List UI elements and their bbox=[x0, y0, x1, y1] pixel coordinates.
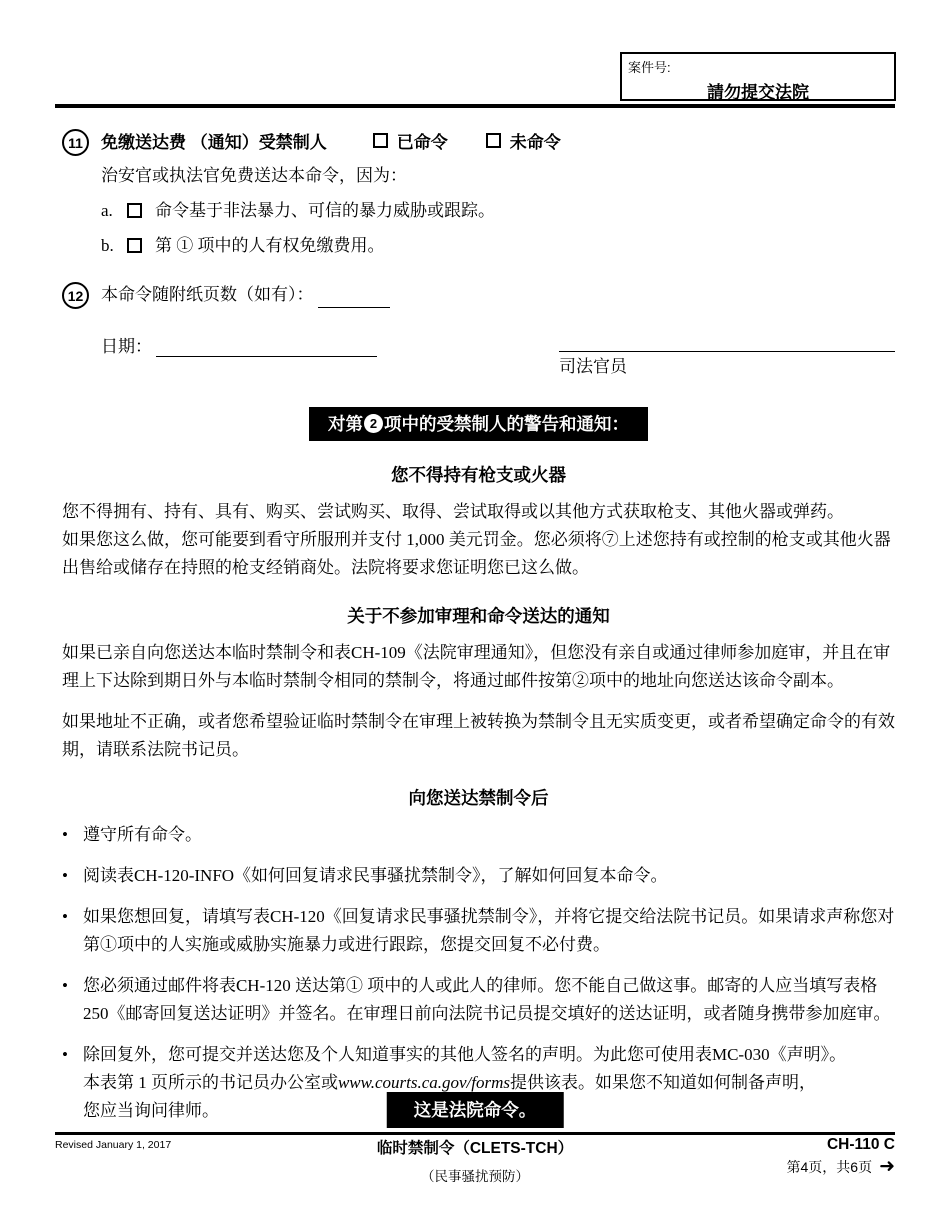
bullet-icon: • bbox=[62, 862, 68, 890]
not-ordered-label: 未命令 bbox=[510, 128, 561, 153]
item-11b-text: 第 ① 项中的人有权免缴费用。 bbox=[155, 233, 385, 259]
court-order-banner: 这是法院命令。 bbox=[387, 1092, 564, 1128]
bullet-icon: • bbox=[62, 972, 68, 1028]
form-title: 临时禁制令（CLETS-TCH） bbox=[377, 1136, 573, 1158]
after-service-list: • 遵守所有命令。 • 阅读表CH-120-INFO《如何回复请求民事骚扰禁制令… bbox=[62, 821, 895, 1125]
ordered-checkbox[interactable] bbox=[373, 133, 388, 148]
form-subtitle: （民事骚扰预防） bbox=[377, 1165, 573, 1185]
footer-divider bbox=[55, 1132, 895, 1135]
date-field[interactable] bbox=[156, 338, 377, 357]
not-ordered-checkbox[interactable] bbox=[486, 133, 501, 148]
bullet-1-text: 遵守所有命令。 bbox=[83, 821, 202, 849]
item-12-number: 12 bbox=[62, 282, 89, 309]
item-11a-text: 命令基于非法暴力、可信的暴力威胁或跟踪。 bbox=[155, 198, 495, 224]
list-item: • 阅读表CH-120-INFO《如何回复请求民事骚扰禁制令》，了解如何回复本命… bbox=[62, 862, 895, 890]
item-11-title: 免缴送达费 （通知）受禁制人 bbox=[101, 128, 327, 153]
after-service-heading: 向您送达禁制令后 bbox=[62, 785, 895, 810]
header-divider bbox=[55, 104, 895, 108]
firearms-heading: 您不得持有枪支或火器 bbox=[62, 462, 895, 487]
firearms-paragraph: 您不得拥有、持有、具有、购买、尝试购买、取得、尝试取得或以其他方式获取枪支、其他… bbox=[62, 498, 895, 582]
hearing-heading: 关于不参加审理和命令送达的通知 bbox=[62, 603, 895, 628]
circled-2-icon: 2 bbox=[364, 414, 383, 433]
bullet-2-text: 阅读表CH-120-INFO《如何回复请求民事骚扰禁制令》，了解如何回复本命令。 bbox=[83, 862, 668, 890]
attachment-pages-field[interactable] bbox=[318, 289, 390, 308]
item-11: 11 免缴送达费 （通知）受禁制人 已命令 未命令 治安官或执法官免费送达本命令… bbox=[62, 128, 895, 259]
revision-date: Revised January 1, 2017 bbox=[55, 1136, 377, 1151]
form-number: CH-110 C bbox=[573, 1136, 895, 1154]
list-item: • 遵守所有命令。 bbox=[62, 821, 895, 849]
courts-forms-url: www.courts.ca.gov/forms bbox=[338, 1073, 510, 1092]
page-indicator: 第4页，共6页 bbox=[787, 1157, 873, 1177]
form-content: 11 免缴送达费 （通知）受禁制人 已命令 未命令 治安官或执法官免费送达本命令… bbox=[62, 128, 895, 1138]
bullet-icon: • bbox=[62, 903, 68, 959]
item-11-number: 11 bbox=[62, 129, 89, 156]
bullet-icon: • bbox=[62, 821, 68, 849]
item-11-intro: 治安官或执法官免费送达本命令，因为： bbox=[101, 163, 895, 189]
item-11a-checkbox[interactable] bbox=[127, 203, 142, 218]
judicial-officer-signature-field[interactable] bbox=[559, 333, 895, 352]
hearing-paragraph-1: 如果已亲自向您送达本临时禁制令和表CH-109《法院审理通知》，但您没有亲自或通… bbox=[62, 639, 895, 695]
warning-banner-post: 项中的受禁制人的警告和通知： bbox=[384, 411, 629, 436]
form-page-ch110c: 案件号: 請勿提交法院 11 免缴送达费 （通知）受禁制人 已命令 未命令 bbox=[0, 0, 950, 1230]
date-label: 日期： bbox=[101, 332, 152, 357]
hearing-paragraph-2: 如果地址不正确，或者您希望验证临时禁制令在审理上被转换为禁制令且无实质变更，或者… bbox=[62, 708, 895, 764]
item-11a-letter: a. bbox=[101, 198, 127, 224]
item-11a: a. 命令基于非法暴力、可信的暴力威胁或跟踪。 bbox=[101, 198, 895, 224]
case-number-box: 案件号: 請勿提交法院 bbox=[620, 52, 896, 101]
warning-banner-pre: 对第 bbox=[328, 411, 363, 436]
item-11b-letter: b. bbox=[101, 233, 127, 259]
bullet-icon: • bbox=[62, 1041, 68, 1125]
case-number-label: 案件号: bbox=[628, 57, 888, 76]
list-item: • 如果您想回复，请填写表CH-120《回复请求民事骚扰禁制令》，并将它提交给法… bbox=[62, 903, 895, 959]
item-12-label: 本命令随附纸页数（如有）： bbox=[101, 285, 314, 304]
ordered-label: 已命令 bbox=[397, 128, 448, 153]
item-11b-checkbox[interactable] bbox=[127, 238, 142, 253]
warning-banner: 对第 2 项中的受禁制人的警告和通知： bbox=[309, 407, 648, 441]
next-page-arrow-icon: ➜ bbox=[879, 1160, 895, 1174]
bullet-4-text: 您必须通过邮件将表CH-120 送达第① 项中的人或此人的律师。您不能自己做这事… bbox=[83, 972, 895, 1028]
list-item: • 您必须通过邮件将表CH-120 送达第① 项中的人或此人的律师。您不能自己做… bbox=[62, 972, 895, 1028]
item-11b: b. 第 ① 项中的人有权免缴费用。 bbox=[101, 233, 895, 259]
item-12: 12 本命令随附纸页数（如有）： 日期： 司法官员 bbox=[62, 281, 895, 379]
case-number-value: 請勿提交法院 bbox=[628, 78, 888, 103]
bullet-3-text: 如果您想回复，请填写表CH-120《回复请求民事骚扰禁制令》，并将它提交给法院书… bbox=[83, 903, 895, 959]
judicial-officer-label: 司法官员 bbox=[559, 355, 895, 379]
page-footer: Revised January 1, 2017 临时禁制令（CLETS-TCH）… bbox=[55, 1136, 895, 1185]
